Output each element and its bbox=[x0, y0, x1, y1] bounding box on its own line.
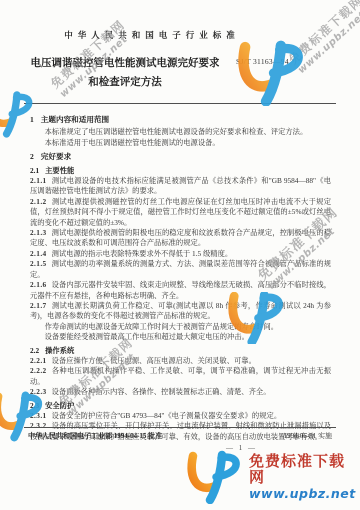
clause-number: 2.1.4 bbox=[30, 249, 47, 258]
clause-number: 2.1.2 bbox=[30, 197, 47, 206]
approval-note: 中华人民共和国电子工业部 1994-04-15 批准 bbox=[28, 431, 162, 441]
subsection-title: 主要性能 bbox=[45, 166, 74, 175]
watermark-site-url: www.upbz.net bbox=[296, 5, 360, 76]
clause-number: 2.1.1 bbox=[30, 176, 47, 185]
section-title: 主题内容和适用范围 bbox=[41, 115, 109, 124]
clause-number: 2.2.1 bbox=[30, 356, 47, 365]
upbz-brand-site-url: www.upbz.net bbox=[249, 487, 360, 501]
upbz-brand: 免费标准下载网 www.upbz.net bbox=[184, 450, 360, 504]
clause: 2.1.7测试电源长期满负荷工作稳定、可靠(测试电源以 8h 作参考，作寿命测试… bbox=[30, 301, 331, 322]
watermark-site-name: 免费标准下载网 bbox=[285, 0, 360, 68]
clause-number: 2.3.1 bbox=[30, 411, 47, 420]
clause: 2.1.4测试电源的指示电表除特殊要求外不得低于 1.5 级精度。 bbox=[30, 249, 331, 259]
clause: 2.1.6设备内部元器件安装牢固、线束走向规整、导线绝缘层无破损、高压部分不临时… bbox=[30, 280, 331, 301]
section-title: 完好要求 bbox=[41, 152, 71, 161]
header-divider bbox=[24, 103, 336, 104]
clause-text: 设备应操作方便，低压电源、高压电源启动、关闭灵敏、可靠。 bbox=[52, 356, 256, 365]
clause-number: 2.2.3 bbox=[30, 387, 47, 396]
implementation-date: 1994-06-01 实施 bbox=[284, 431, 332, 441]
clause: 2.1.3测试电源提供给被测管的阳极电压的稳定度和纹波系数符合产品规定，控制极电… bbox=[30, 228, 331, 249]
subsection-title: 安全防护 bbox=[45, 401, 74, 410]
subsection-heading: 2.2操作系统 bbox=[30, 346, 331, 356]
standard-number: SJ/T 31163—94 bbox=[236, 57, 289, 66]
clause-text: 各种电压调谐机构操作平稳、工作灵敏、可靠，调节平稳准确，调节过程无冲击无振动。 bbox=[30, 366, 331, 385]
clause-text: 测试电源设备的电技术指标应能满足被测管产品《总技术条件》和"GB 9584—88… bbox=[30, 176, 331, 195]
section-heading: 1主题内容和适用范围 bbox=[30, 115, 331, 125]
clause: 2.1.5测试电源的功率测量系统的测量方式、方法、测量误差范围等符合被测管产品标… bbox=[30, 259, 331, 280]
paragraph: 本标准规定了电压调谐磁控管电性能测试电源设备的完好要求和检查、评定方法。 bbox=[30, 127, 331, 137]
clause: 2.2.1设备应操作方便，低压电源、高压电源启动、关闭灵敏、可靠。 bbox=[30, 356, 331, 366]
document-page: 中华人民共和国电子行业标准 电压调谐磁控管电性能测试电源完好要求 和检查评定方法… bbox=[0, 0, 360, 510]
section-number: 1 bbox=[30, 115, 34, 124]
subsection-heading: 2.3安全防护 bbox=[30, 401, 331, 411]
clause-number: 2.1.3 bbox=[30, 228, 47, 237]
clause-text: 测试电源的指示电表除特殊要求外不得低于 1.5 级精度。 bbox=[52, 249, 233, 258]
paragraph: 作寿命测试的电源设备无故障工作时间大于被测管产品规定的寿命时间。 bbox=[30, 322, 331, 332]
page-number: — 1 — bbox=[226, 444, 257, 452]
clause: 2.1.2测试电源提供被测磁控管的灯丝工作电源应保证在灯丝加电压时冲击电流不大于… bbox=[30, 197, 331, 228]
document-title: 电压调谐磁控管电性能测试电源完好要求 和检查评定方法 bbox=[18, 54, 232, 92]
section-heading: 2完好要求 bbox=[30, 152, 331, 162]
section-number: 2 bbox=[30, 152, 34, 161]
upbz-brand-text: 免费标准下载网 www.upbz.net bbox=[249, 454, 360, 501]
clause-text: 测试电源的功率测量系统的测量方式、方法、测量误差范围等符合被测管产品标准的规定。 bbox=[30, 259, 331, 278]
clause-text: 测试电源长期满负荷工作稳定、可靠(测试电源以 8h 作参考，作寿命测试以 24h… bbox=[30, 301, 331, 320]
upbz-logo-icon bbox=[184, 450, 244, 504]
subsection-heading: 2.1主要性能 bbox=[30, 166, 331, 176]
upbz-brand-site-name: 免费标准下载网 bbox=[249, 454, 360, 487]
clause-number: 2.2.2 bbox=[30, 366, 47, 375]
clause-text: 测试电源提供被测磁控管的灯丝工作电源应保证在灯丝加电压时冲击电流不大于规定值，灯… bbox=[30, 197, 331, 227]
footer-divider bbox=[24, 427, 336, 428]
subsection-number: 2.2 bbox=[30, 346, 39, 355]
clause: 2.2.2各种电压调谐机构操作平稳、工作灵敏、可靠，调节平稳准确，调节过程无冲击… bbox=[30, 366, 331, 387]
subsection-title: 操作系统 bbox=[45, 346, 74, 355]
document-title-line2: 和检查评定方法 bbox=[18, 73, 232, 92]
watermark-text: 免费标准下载网 www.upbz.net bbox=[285, 0, 360, 76]
clause-number: 2.1.6 bbox=[30, 280, 47, 289]
clause-number: 2.1.5 bbox=[30, 259, 47, 268]
clause: 2.1.1测试电源设备的电技术指标应能满足被测管产品《总技术条件》和"GB 95… bbox=[30, 176, 331, 197]
paragraph: 设备要能经受被测管最高工作电压和超过最大额定电压的冲击。 bbox=[30, 332, 331, 342]
clause-text: 测试电源提供给被测管的阳极电压的稳定度和纹波系数符合产品规定，控制极电压的稳定度… bbox=[30, 228, 331, 247]
document-body: 1主题内容和适用范围 本标准规定了电压调谐磁控管电性能测试电源设备的完好要求和检… bbox=[30, 111, 331, 442]
clause: 2.3.1设备安全防护应符合"GB 4793—84"《电子测量仪器安全要求》的规… bbox=[30, 411, 331, 421]
subsection-number: 2.1 bbox=[30, 166, 39, 175]
clause-text: 设备安全防护应符合"GB 4793—84"《电子测量仪器安全要求》的规定。 bbox=[52, 411, 282, 420]
clause-text: 设备内部元器件安装牢固、线束走向规整、导线绝缘层无破损、高压部分不临时接线，元器… bbox=[30, 280, 331, 299]
standard-class-heading: 中华人民共和国电子行业标准 bbox=[20, 29, 284, 41]
paragraph: 本标准适用于电压调谐磁控管电性能测试的电源设备。 bbox=[30, 138, 331, 148]
clause: 2.2.3设备面板各种指示内容、各操作、控制装置标志正确、清楚、齐全。 bbox=[30, 387, 331, 397]
clause-number: 2.3.2 bbox=[30, 421, 47, 430]
clause-number: 2.1.7 bbox=[30, 301, 47, 310]
clause-text: 设备面板各种指示内容、各操作、控制装置标志正确、清楚、齐全。 bbox=[52, 387, 271, 396]
document-title-line1: 电压调谐磁控管电性能测试电源完好要求 bbox=[18, 54, 232, 73]
subsection-number: 2.3 bbox=[30, 401, 39, 410]
upbz-logo-icon bbox=[234, 40, 308, 106]
